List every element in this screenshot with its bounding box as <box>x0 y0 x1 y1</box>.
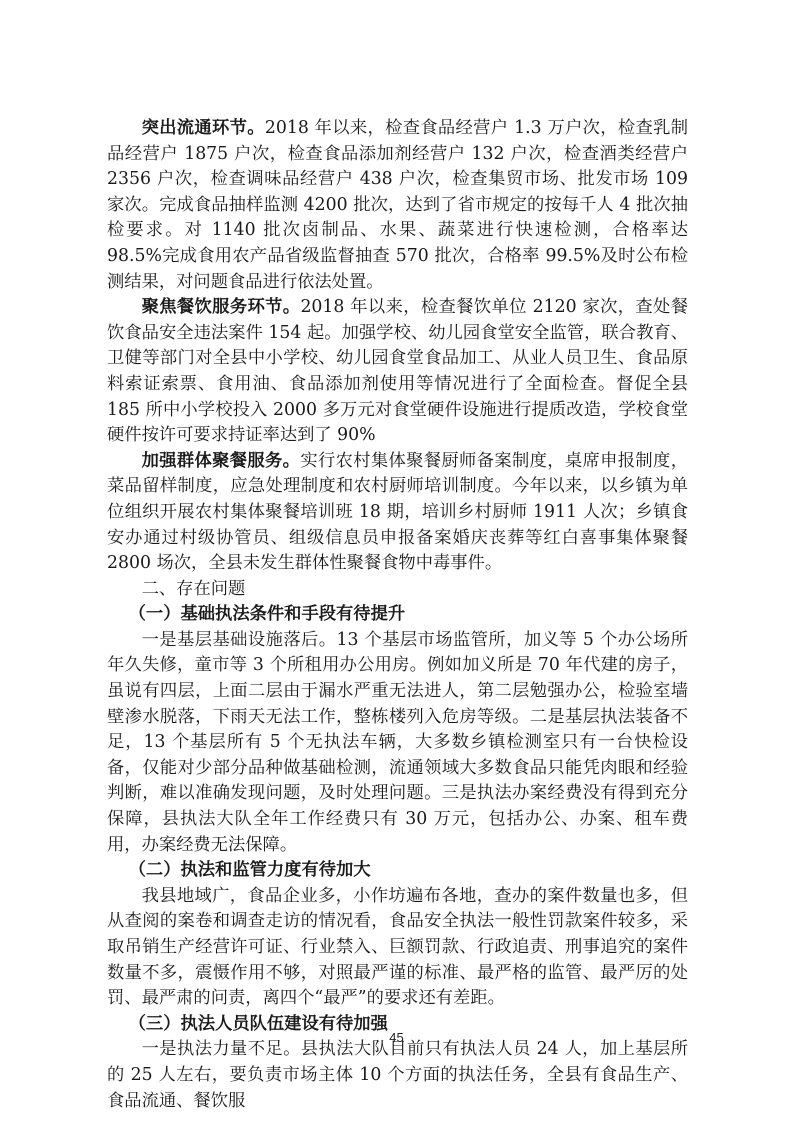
paragraph-group-dining: 加强群体聚餐服务。实行农村集体聚餐厨师备案制度，桌席申报制度，菜品留样制度，应急… <box>107 449 688 577</box>
paragraph-circulation: 突出流通环节。2018 年以来，检查食品经营户 1.3 万户次，检查乳制品经营户… <box>107 116 688 295</box>
document-page-body: 突出流通环节。2018 年以来，检查食品经营户 1.3 万户次，检查乳制品经营户… <box>107 116 688 1114</box>
subsection-heading-1: （一）基础执法条件和手段有待提升 <box>107 602 688 628</box>
subsection-text-2: 我县地域广，食品企业多，小作坊遍布各地，查办的案件数量也多，但从查阅的案卷和调查… <box>107 884 688 1012</box>
subsection-heading-2: （二）执法和监管力度有待加大 <box>107 858 688 884</box>
paragraph-text: 2018 年以来，检查餐饮单位 2120 家次，查处餐饮食品安全违法案件 154… <box>107 297 688 445</box>
page-number: 45 <box>0 1030 793 1045</box>
paragraph-lead: 突出流通环节。 <box>142 118 265 138</box>
subsection-text-3: 一是执法力量不足。县执法大队目前只有执法人员 24 人，加上基层所的 25 人左… <box>107 1037 688 1114</box>
section-title: 二、存在问题 <box>107 577 688 603</box>
paragraph-text: 2018 年以来，检查食品经营户 1.3 万户次，检查乳制品经营户 1875 户… <box>107 118 688 292</box>
subsection-text-1: 一是基层基础设施落后。13 个基层市场监管所，加义等 5 个办公场所年久失修，童… <box>107 628 688 858</box>
paragraph-lead: 加强群体聚餐服务。 <box>142 451 301 471</box>
paragraph-lead: 聚焦餐饮服务环节。 <box>142 297 301 317</box>
paragraph-catering: 聚焦餐饮服务环节。2018 年以来，检查餐饮单位 2120 家次，查处餐饮食品安… <box>107 295 688 449</box>
